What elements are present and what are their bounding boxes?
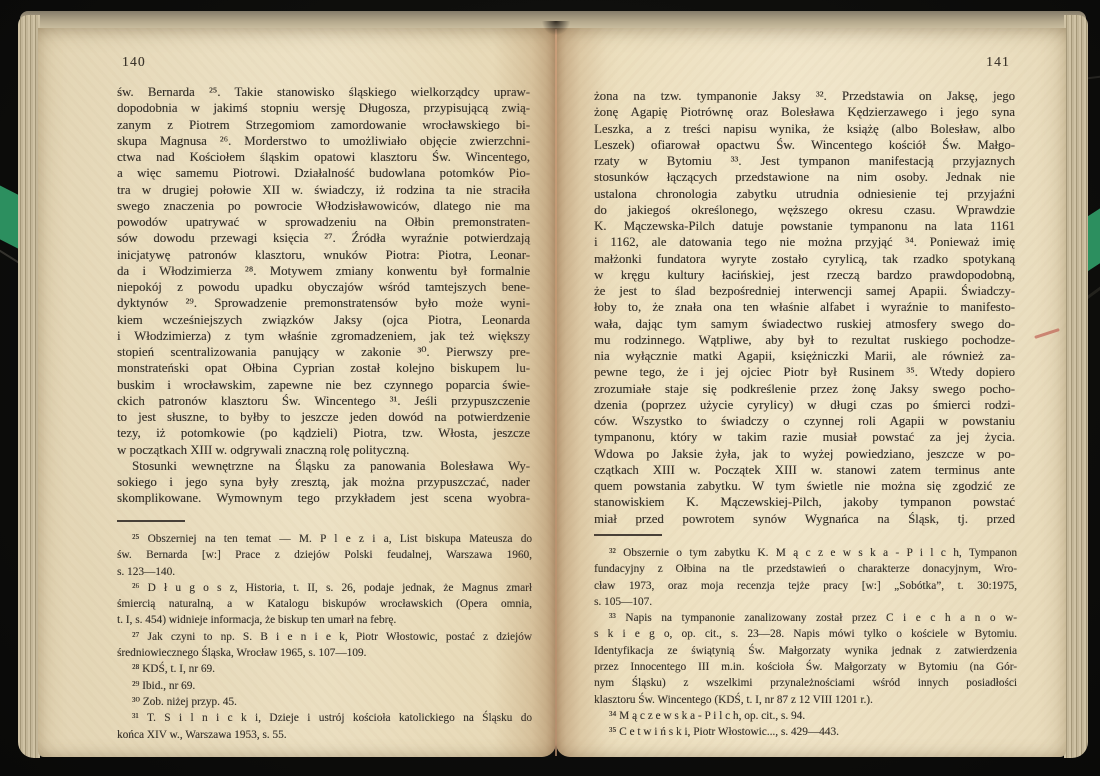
text-line: quem powstania zabytku. W tym świetle ni… bbox=[594, 478, 1015, 494]
text-line: fundacyjny z Ołbina na tle przedstawień … bbox=[594, 561, 1017, 577]
text-line: kiem wcześniejszych związków Jaksy (ojca… bbox=[117, 312, 530, 328]
text-line: inicjatywę patronów klasztoru, wnuków Pi… bbox=[117, 247, 530, 263]
text-line: swego znaczenia po powrocie Włodzisławow… bbox=[117, 198, 530, 214]
text-line: klasztoru Św. Wincentego (KDŚ, t. I, nr … bbox=[594, 692, 1017, 708]
text-line: i Włodzimierza) z tym właśnie zgromadzen… bbox=[117, 328, 530, 344]
text-line: Wdowa po Jaksie żyła, jak to wyżej powie… bbox=[594, 446, 1015, 462]
book-scan-scene: 140 św. Bernarda ²⁵. Takie stanowisko śl… bbox=[0, 0, 1100, 776]
text-line: ³¹ T. S i l n i c k i, Dzieje i ustrój k… bbox=[117, 710, 532, 726]
text-line: niepokój z powodu upadku obyczajów wśród… bbox=[117, 279, 530, 295]
text-line: końca XIV w., Warszawa 1953, s. 55. bbox=[117, 727, 532, 743]
text-line: przez Innocentego III m.in. kościoła Św.… bbox=[594, 659, 1017, 675]
footnotes-left: ²⁵ Obszerniej na ten temat — M. P l e z … bbox=[117, 531, 532, 743]
book-right-page-edges bbox=[1064, 15, 1088, 758]
text-line: w początkach XIII w. odgrywali znaczną r… bbox=[117, 442, 530, 458]
text-line: i 1162, ale datowania tego nie można prz… bbox=[594, 234, 1015, 250]
text-line: buskim i wrocławskim, zapewne nie bez cz… bbox=[117, 377, 530, 393]
spine-fold-line bbox=[555, 29, 557, 756]
text-line: ²⁵ Obszerniej na ten temat — M. P l e z … bbox=[117, 531, 532, 547]
body-text-left: św. Bernarda ²⁵. Takie stanowisko śląski… bbox=[117, 84, 530, 507]
text-line: ców. Wszystko to świadczy o czynnej roli… bbox=[594, 413, 1015, 429]
text-line: wała, dając tym samym świadectwo ruskiej… bbox=[594, 316, 1015, 332]
text-line: sokiego i jego syna były zresztą, jak mo… bbox=[117, 474, 530, 490]
text-line: rzaty w Bytomiu ³³. Jest tympanon manife… bbox=[594, 153, 1015, 169]
text-line: dyktynów ²⁹. Sprowadzenie premonstratens… bbox=[117, 295, 530, 311]
text-line: da i Włodzimierza ²⁸. Motywem zmiany kon… bbox=[117, 263, 530, 279]
text-line: miał przed powrotem synów Wygnańca na Śl… bbox=[594, 511, 1015, 527]
text-line: to jest słuszne, to byłby to jeszcze jed… bbox=[117, 409, 530, 425]
text-line: śmiercią naturalną, a w Katalogu biskupó… bbox=[117, 596, 532, 612]
footnote-separator-right bbox=[594, 534, 662, 536]
text-line: sów dowodu przewagi księcia ²⁷. Źródła w… bbox=[117, 230, 530, 246]
text-line: małżonki fundatora wyryte zostało cyryli… bbox=[594, 251, 1015, 267]
text-line: pewne tego, że i jej ojciec Piotr był Ru… bbox=[594, 364, 1015, 380]
text-line: ²⁹ Ibid., nr 69. bbox=[117, 678, 532, 694]
text-line: ³² Obszernie o tym zabytku K. M ą c z e … bbox=[594, 545, 1017, 561]
text-line: stopień scentralizowania panujący w zako… bbox=[117, 344, 530, 360]
text-line: nia wyłącznie matki Agapii, księżniczki … bbox=[594, 348, 1015, 364]
text-line: ³⁵ C e t w i ń s k i, Piotr Włostowic...… bbox=[594, 724, 1017, 740]
page-140: 140 św. Bernarda ²⁵. Takie stanowisko śl… bbox=[38, 28, 556, 757]
text-line: s. 105—107. bbox=[594, 594, 1017, 610]
page-number-right: 141 bbox=[986, 54, 1010, 70]
text-line: Leszka, a z treści napisu wynika, że ksi… bbox=[594, 121, 1015, 137]
spine-top-notch bbox=[542, 21, 570, 35]
text-line: w kręgu kultury łacińskiej, jest rzeczą … bbox=[594, 267, 1015, 283]
text-line: zanym z Piotrem Strzegomiom zamordowanie… bbox=[117, 117, 530, 133]
text-line: ²⁸ KDŚ, t. I, nr 69. bbox=[117, 661, 532, 677]
text-line: Identyfikacja ze świątynią Św. Małgorzat… bbox=[594, 643, 1017, 659]
footnotes-right: ³² Obszernie o tym zabytku K. M ą c z e … bbox=[594, 545, 1017, 741]
pen-mark bbox=[1034, 328, 1060, 339]
text-line: nym Śląsku) z wszelkimi przynależnościam… bbox=[594, 675, 1017, 691]
text-line: ustalona chronologia zabytku utrudnia od… bbox=[594, 186, 1015, 202]
text-line: św. Bernarda ²⁵. Takie stanowisko śląski… bbox=[117, 84, 530, 100]
text-line: czątkach XIII w. Początek XIII w. stanow… bbox=[594, 462, 1015, 478]
text-line: cław 1973, oraz moja recenzja tejże prac… bbox=[594, 578, 1017, 594]
text-line: monstrateński opat Ołbina Cyprian został… bbox=[117, 360, 530, 376]
page-141: 141 żona na tzw. tympanonie Jaksy ³². Pr… bbox=[556, 28, 1066, 757]
text-line: ³⁰ Zob. niżej przyp. 45. bbox=[117, 694, 532, 710]
text-line: skomplikowane. Wymownym tego przykładem … bbox=[117, 490, 530, 506]
text-line: średniowiecznego Śląska, Wrocław 1965, s… bbox=[117, 645, 532, 661]
text-line: K. Mączewska-Pilch datuje powstanie tymp… bbox=[594, 218, 1015, 234]
text-line: ²⁷ Jak czyni to np. S. B i e n i e k, Pi… bbox=[117, 629, 532, 645]
text-line: mu rodzinnego. Wątpliwe, aby był to rezu… bbox=[594, 332, 1015, 348]
text-line: dzenia (poprzez użycie cyrylicy) w długi… bbox=[594, 397, 1015, 413]
text-line: żona na tzw. tympanonie Jaksy ³². Przeds… bbox=[594, 88, 1015, 104]
body-text-right: żona na tzw. tympanonie Jaksy ³². Przeds… bbox=[594, 88, 1015, 527]
text-line: tympanonu, który w takim razie musiał po… bbox=[594, 429, 1015, 445]
text-line: stosunków łączących przedstawione na nim… bbox=[594, 169, 1015, 185]
text-line: dopodobnia w jakimś stopniu wersję Długo… bbox=[117, 100, 530, 116]
text-line: do jakiegoś określonego, węższego okresu… bbox=[594, 202, 1015, 218]
text-line: ckich patronów klasztoru Św. Wincentego … bbox=[117, 393, 530, 409]
text-line: skupa Magnusa ²⁶. Morderstwo to umożliwi… bbox=[117, 133, 530, 149]
text-line: a więc samemu Piotrowi. Działalność budo… bbox=[117, 165, 530, 181]
text-line: s k i e g o, op. cit., s. 23—28. Napis m… bbox=[594, 626, 1017, 642]
text-line: powodów upatrywać w sprowadzeniu na Ołbi… bbox=[117, 214, 530, 230]
text-line: Leszek) ofiarował opactwu Św. Wincentego… bbox=[594, 137, 1015, 153]
text-line: żonę Agapię Piotrównę oraz Bolesława Kęd… bbox=[594, 104, 1015, 120]
text-line: ctwa nad Kościołem śląskim opatowi klasz… bbox=[117, 149, 530, 165]
book-left-page-edges bbox=[18, 15, 40, 758]
text-line: t. I, s. 454) widnieje informacja, że bi… bbox=[117, 612, 532, 628]
text-line: tra w drugiej połowie XII w. świadczy, i… bbox=[117, 182, 530, 198]
text-line: zrozumiałe staje się podkreślenie przez … bbox=[594, 381, 1015, 397]
text-line: stanowiskiem K. Mączewskiej-Pilch, jakob… bbox=[594, 494, 1015, 510]
footnote-separator-left bbox=[117, 520, 185, 522]
page-number-left: 140 bbox=[122, 54, 146, 70]
text-line: ³⁴ M ą c z e w s k a - P i l c h, op. ci… bbox=[594, 708, 1017, 724]
text-line: że jest to ślad bezpośredniej interwencj… bbox=[594, 283, 1015, 299]
text-line: ³³ Napis na tympanonie zanalizowany zost… bbox=[594, 610, 1017, 626]
open-book: 140 św. Bernarda ²⁵. Takie stanowisko śl… bbox=[18, 11, 1088, 760]
text-line: ²⁶ D ł u g o s z, Historia, t. II, s. 26… bbox=[117, 580, 532, 596]
text-line: Stosunki wewnętrzne na Śląsku za panowan… bbox=[117, 458, 530, 474]
text-line: św. Bernarda [w:] Prace z dziejów Polski… bbox=[117, 547, 532, 563]
text-line: s. 123—140. bbox=[117, 564, 532, 580]
text-line: tezy, iż potomkowie (po kądzieli) Piotra… bbox=[117, 425, 530, 441]
text-line: łoby to, że znała ona ten właśnie alfabe… bbox=[594, 299, 1015, 315]
